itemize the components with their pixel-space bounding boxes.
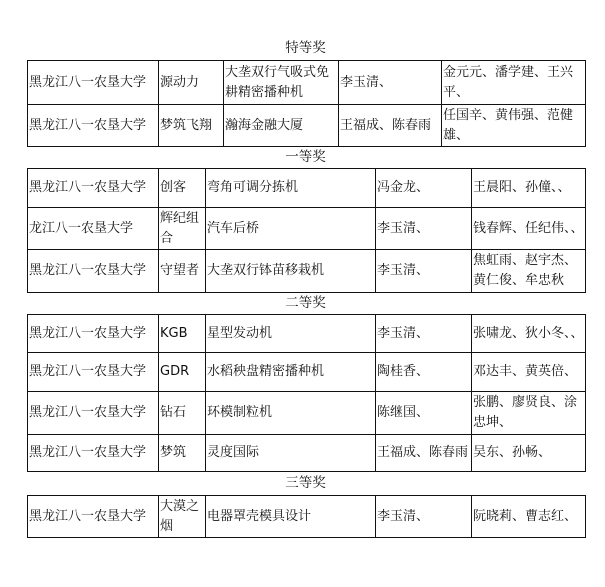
members-cell: 邓达丰、黄英倍、 — [472, 353, 586, 392]
team-cell: 源动力 — [159, 61, 224, 105]
advisor-cell: 王福成、陈春雨 — [339, 105, 442, 147]
project-cell: 弯角可调分拣机 — [206, 169, 376, 208]
school-cell: 黑龙江八一农垦大学 — [28, 435, 159, 472]
members-cell: 张啸龙、狄小冬、、 — [472, 315, 586, 353]
advisor-cell: 李玉清、 — [339, 61, 442, 105]
project-cell: 灵度国际 — [206, 435, 376, 472]
project-cell: 电器罩壳模具设计 — [206, 496, 376, 538]
members-cell: 阮晓莉、曹志红、 — [472, 496, 586, 538]
table-row: 黑龙江八一农垦大学 守望者 大垄双行钵苗移栽机 李玉清、 焦虹雨、赵宇杰、黄仁俊… — [28, 250, 586, 293]
advisor-cell: 李玉清、 — [376, 208, 472, 250]
team-cell: GDR — [159, 353, 206, 392]
advisor-cell: 王福成、陈春雨 — [376, 435, 472, 472]
table-row: 黑龙江八一农垦大学 创客 弯角可调分拣机 冯金龙、 王晨阳、孙僮、、 — [28, 169, 586, 208]
table-row: 黑龙江八一农垦大学 梦筑飞翔 瀚海金融大厦 王福成、陈春雨 任国辛、黄伟强、范健… — [28, 105, 586, 147]
project-cell: 瀚海金融大厦 — [224, 105, 339, 147]
members-cell: 任国辛、黄伟强、范健雄、 — [442, 105, 586, 147]
section-title-third-prize: 三等奖 — [27, 475, 584, 491]
advisor-cell: 冯金龙、 — [376, 169, 472, 208]
team-cell: 辉纪组合 — [159, 208, 206, 250]
school-cell: 黑龙江八一农垦大学 — [28, 61, 159, 105]
school-cell: 黑龙江八一农垦大学 — [28, 250, 159, 293]
first-prize-table: 黑龙江八一农垦大学 创客 弯角可调分拣机 冯金龙、 王晨阳、孙僮、、 龙江八一农… — [27, 168, 586, 293]
section-title-first-prize: 一等奖 — [27, 149, 584, 165]
advisor-cell: 李玉清、 — [376, 496, 472, 538]
members-cell: 金元元、潘学建、王兴平、 — [442, 61, 586, 105]
team-cell: 梦筑 — [159, 435, 206, 472]
project-cell: 大垄双行气吸式免耕精密播种机 — [224, 61, 339, 105]
members-cell: 张鹏、廖贤良、涂忠坤、 — [472, 392, 586, 435]
advisor-cell: 陈继国、 — [376, 392, 472, 435]
school-cell: 黑龙江八一农垦大学 — [28, 353, 159, 392]
members-cell: 钱春辉、任纪伟、、 — [472, 208, 586, 250]
members-cell: 焦虹雨、赵宇杰、黄仁俊、牟忠秋 — [472, 250, 586, 293]
project-cell: 大垄双行钵苗移栽机 — [206, 250, 376, 293]
team-cell: 守望者 — [159, 250, 206, 293]
members-cell: 吴东、孙畅、 — [472, 435, 586, 472]
table-row: 黑龙江八一农垦大学 梦筑 灵度国际 王福成、陈春雨 吴东、孙畅、 — [28, 435, 586, 472]
team-cell: 钻石 — [159, 392, 206, 435]
table-row: 黑龙江八一农垦大学 钻石 环模制粒机 陈继国、 张鹏、廖贤良、涂忠坤、 — [28, 392, 586, 435]
table-row: 龙江八一农垦大学 辉纪组合 汽车后桥 李玉清、 钱春辉、任纪伟、、 — [28, 208, 586, 250]
second-prize-table: 黑龙江八一农垦大学 KGB 星型发动机 李玉清、 张啸龙、狄小冬、、 黑龙江八一… — [27, 314, 586, 472]
section-title-special-prize: 特等奖 — [27, 40, 584, 56]
members-cell: 王晨阳、孙僮、、 — [472, 169, 586, 208]
table-row: 黑龙江八一农垦大学 大漠之烟 电器罩壳模具设计 李玉清、 阮晓莉、曹志红、 — [28, 496, 586, 538]
team-cell: 梦筑飞翔 — [159, 105, 224, 147]
special-prize-table: 黑龙江八一农垦大学 源动力 大垄双行气吸式免耕精密播种机 李玉清、 金元元、潘学… — [27, 60, 586, 147]
section-title-second-prize: 二等奖 — [27, 295, 584, 311]
team-cell: KGB — [159, 315, 206, 353]
project-cell: 汽车后桥 — [206, 208, 376, 250]
table-row: 黑龙江八一农垦大学 KGB 星型发动机 李玉清、 张啸龙、狄小冬、、 — [28, 315, 586, 353]
third-prize-table: 黑龙江八一农垦大学 大漠之烟 电器罩壳模具设计 李玉清、 阮晓莉、曹志红、 — [27, 495, 586, 538]
project-cell: 环模制粒机 — [206, 392, 376, 435]
school-cell: 黑龙江八一农垦大学 — [28, 105, 159, 147]
team-cell: 大漠之烟 — [159, 496, 206, 538]
advisor-cell: 陶桂香、 — [376, 353, 472, 392]
school-cell: 黑龙江八一农垦大学 — [28, 315, 159, 353]
project-cell: 星型发动机 — [206, 315, 376, 353]
advisor-cell: 李玉清、 — [376, 315, 472, 353]
school-cell: 黑龙江八一农垦大学 — [28, 496, 159, 538]
table-row: 黑龙江八一农垦大学 源动力 大垄双行气吸式免耕精密播种机 李玉清、 金元元、潘学… — [28, 61, 586, 105]
project-cell: 水稻秧盘精密播种机 — [206, 353, 376, 392]
school-cell: 龙江八一农垦大学 — [28, 208, 159, 250]
team-cell: 创客 — [159, 169, 206, 208]
school-cell: 黑龙江八一农垦大学 — [28, 169, 159, 208]
advisor-cell: 李玉清、 — [376, 250, 472, 293]
table-row: 黑龙江八一农垦大学 GDR 水稻秧盘精密播种机 陶桂香、 邓达丰、黄英倍、 — [28, 353, 586, 392]
school-cell: 黑龙江八一农垦大学 — [28, 392, 159, 435]
